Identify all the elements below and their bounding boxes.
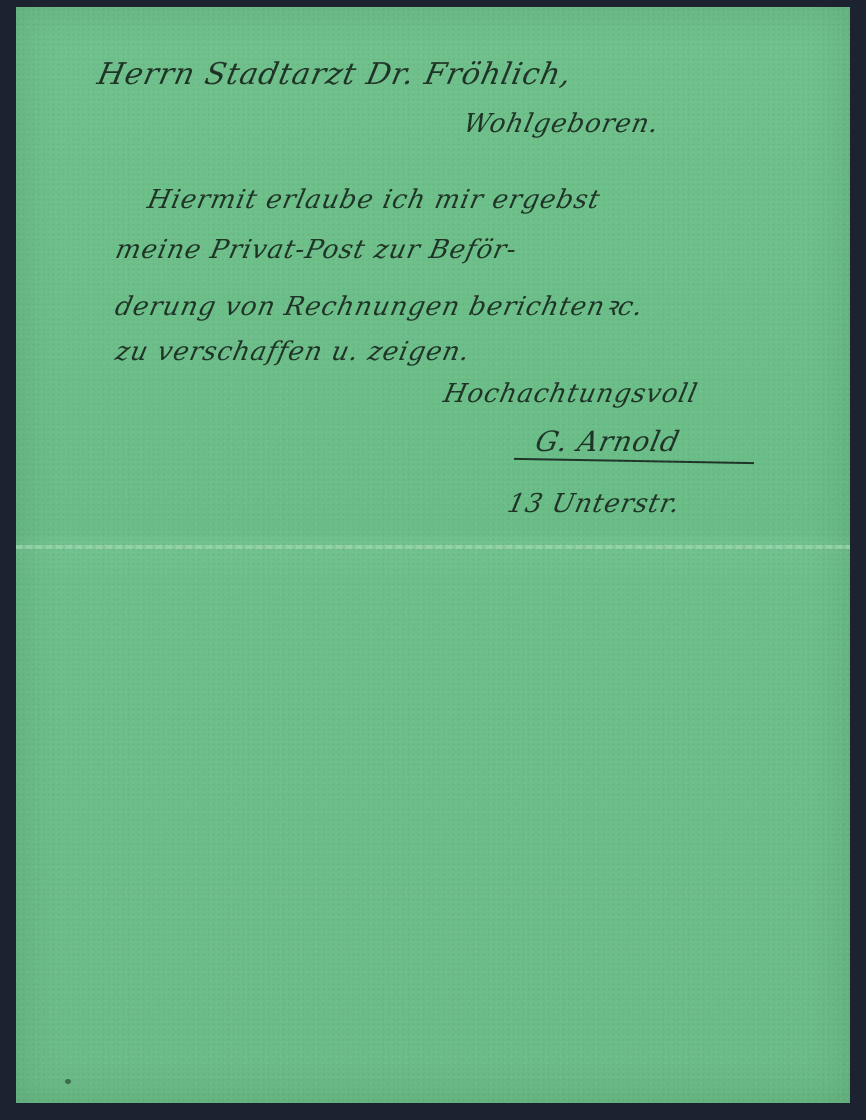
fold-crease (16, 545, 850, 549)
sender-address: 13 Unterstr. (505, 489, 683, 519)
letter-paper: Herrn Stadtarzt Dr. Fröhlich, Wohlgebore… (16, 7, 850, 1103)
body-line-1: Hiermit erlaube ich mir ergebst (145, 185, 603, 215)
body-line-3: derung von Rechnungen berichtenꝛc. (112, 287, 647, 323)
signature: G. Arnold (532, 425, 683, 458)
closing: Hochachtungsvoll (441, 379, 701, 409)
body-line-4: zu verschaffen u. zeigen. (113, 337, 473, 367)
salutation-honorific: Wohlgeboren. (461, 109, 662, 139)
ink-spot (65, 1079, 71, 1084)
signature-flourish (514, 458, 754, 464)
salutation: Herrn Stadtarzt Dr. Fröhlich, (94, 57, 575, 92)
body-line-2: meine Privat-Post zur Beför- (113, 235, 520, 265)
